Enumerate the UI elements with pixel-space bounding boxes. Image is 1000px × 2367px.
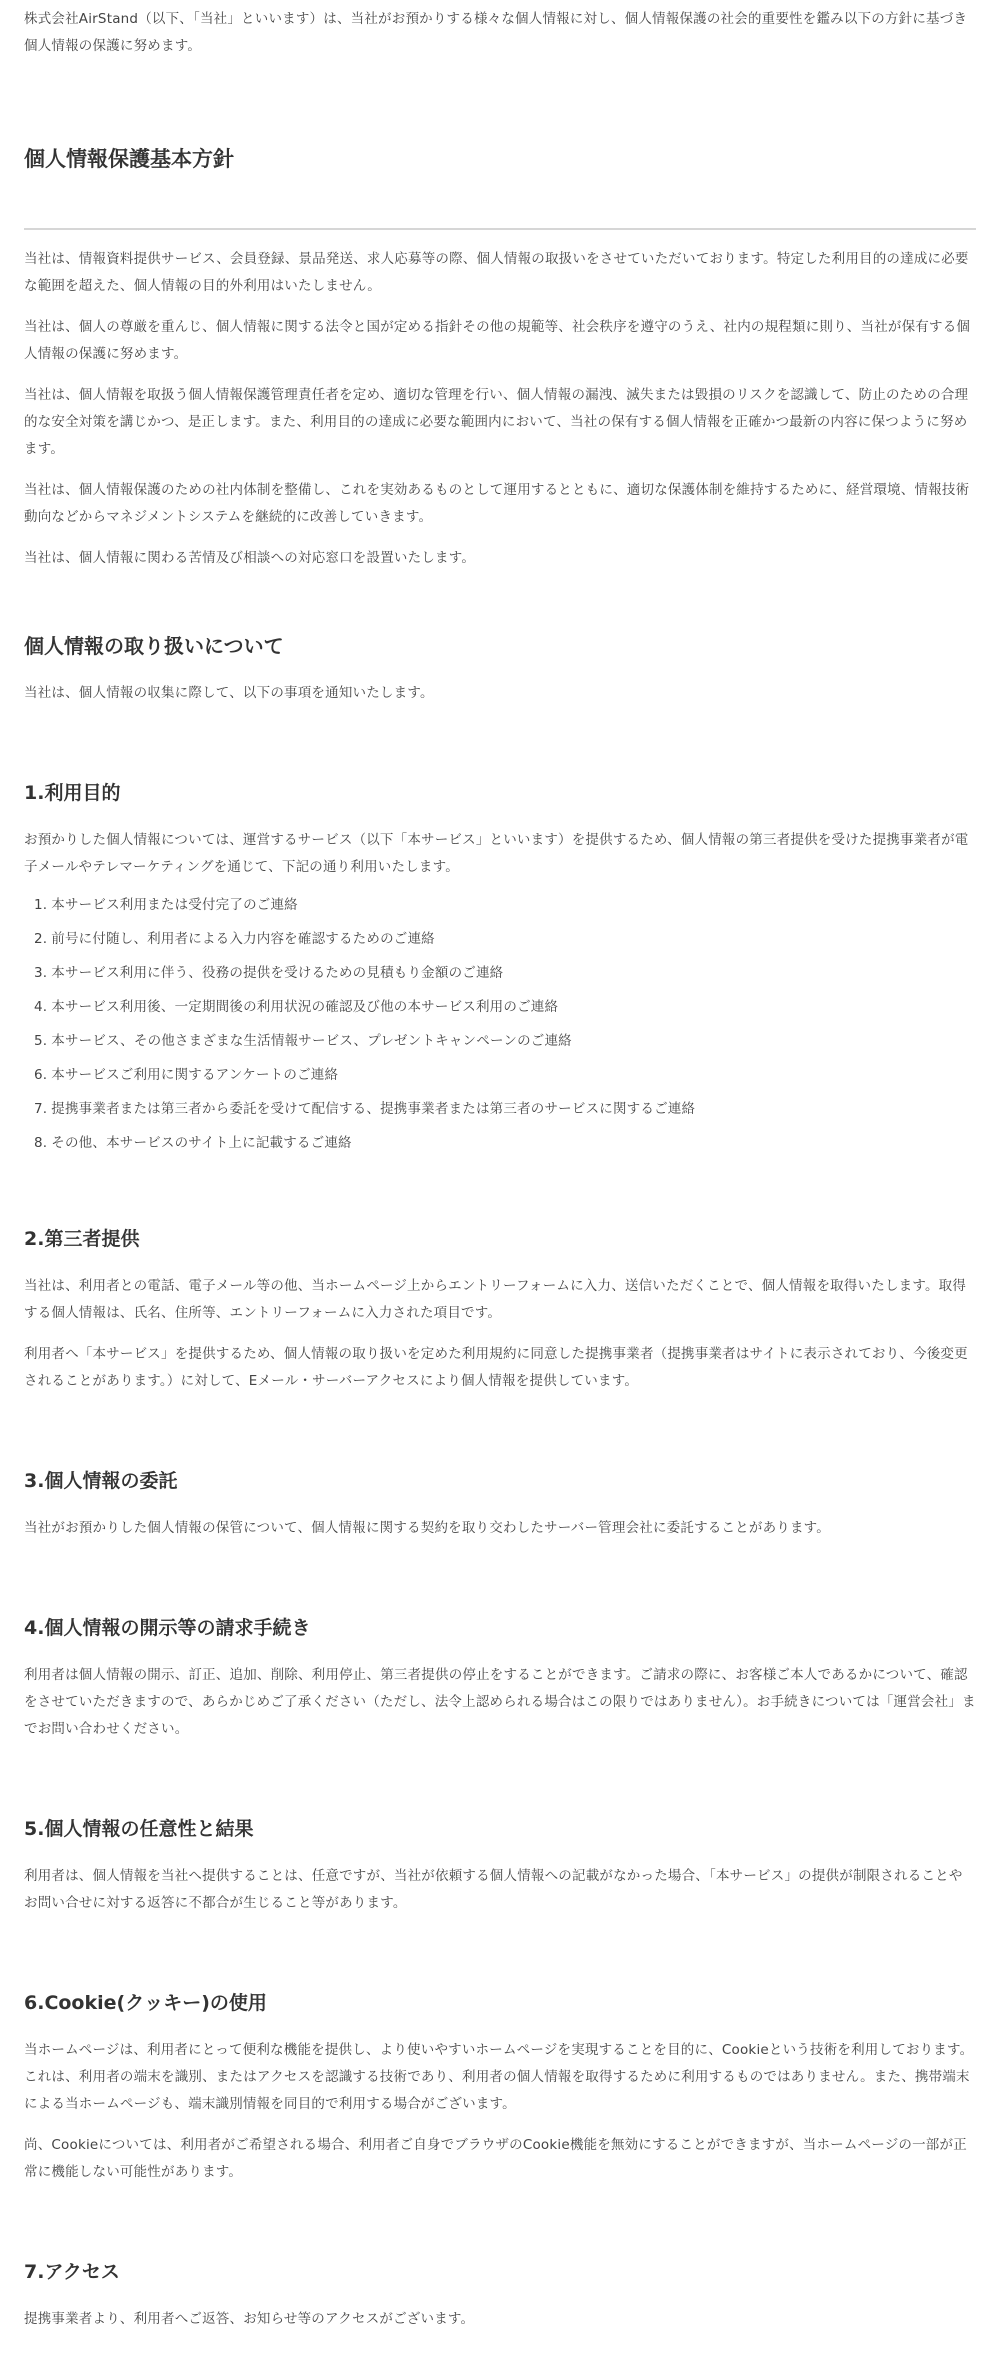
section-title: 6.Cookie(クッキー)の使用 [24, 1989, 976, 2017]
section-cookie: 6.Cookie(クッキー)の使用 当ホームページは、利用者にとって便利な機能を… [24, 1989, 976, 2186]
list-item: 5.本サービス、その他さまざまな生活情報サービス、プレゼントキャンペーンのご連絡 [34, 1031, 976, 1051]
section-title: 2.第三者提供 [24, 1225, 976, 1253]
handling-lead: 当社は、個人情報の収集に際して、以下の事項を通知いたします。 [24, 680, 976, 707]
privacy-policy-page: 株式会社AirStand（以下、「当社」といいます）は、当社がお預かりする様々な… [0, 0, 1000, 2367]
section-paragraph: 当ホームページは、利用者にとって便利な機能を提供し、より使いやすいホームページを… [24, 2037, 976, 2118]
section-title: 3.個人情報の委託 [24, 1467, 976, 1495]
intro-paragraph: 株式会社AirStand（以下、「当社」といいます）は、当社がお預かりする様々な… [24, 6, 976, 60]
policy-paragraph: 当社は、個人情報を取扱う個人情報保護管理責任者を定め、適切な管理を行い、個人情報… [24, 382, 976, 463]
section-voluntary: 5.個人情報の任意性と結果 利用者は、個人情報を当社へ提供することは、任意ですが… [24, 1815, 976, 1917]
divider [24, 228, 976, 230]
section-title: 5.個人情報の任意性と結果 [24, 1815, 976, 1843]
section-paragraph: 当社は、利用者との電話、電子メール等の他、当ホームページ上からエントリーフォーム… [24, 1273, 976, 1327]
policy-paragraph: 当社は、個人情報保護のための社内体制を整備し、これを実効あるものとして運用すると… [24, 477, 976, 531]
section-third-party: 2.第三者提供 当社は、利用者との電話、電子メール等の他、当ホームページ上からエ… [24, 1225, 976, 1395]
section-access: 7.アクセス 提携事業者より、利用者へご返答、お知らせ等のアクセスがございます。 [24, 2258, 976, 2333]
section-outsourcing: 3.個人情報の委託 当社がお預かりした個人情報の保管について、個人情報に関する契… [24, 1467, 976, 1542]
list-item: 1.本サービス利用または受付完了のご連絡 [34, 895, 976, 915]
policy-title: 個人情報保護基本方針 [24, 144, 976, 174]
list-item: 4.本サービス利用後、一定期間後の利用状況の確認及び他の本サービス利用のご連絡 [34, 997, 976, 1017]
policy-section: 当社は、情報資料提供サービス、会員登録、景品発送、求人応募等の際、個人情報の取扱… [24, 246, 976, 572]
section-disclosure: 4.個人情報の開示等の請求手続き 利用者は個人情報の開示、訂正、追加、削除、利用… [24, 1614, 976, 1743]
section-title: 1.利用目的 [24, 779, 976, 807]
section-paragraph: 利用者へ「本サービス」を提供するため、個人情報の取り扱いを定めた利用規約に同意し… [24, 1341, 976, 1395]
list-item: 3.本サービス利用に伴う、役務の提供を受けるための見積もり金額のご連絡 [34, 963, 976, 983]
section-paragraph: お預かりした個人情報については、運営するサービス（以下「本サービス」といいます）… [24, 827, 976, 881]
section-purpose: 1.利用目的 お預かりした個人情報については、運営するサービス（以下「本サービス… [24, 779, 976, 1153]
section-paragraph: 利用者は個人情報の開示、訂正、追加、削除、利用停止、第三者提供の停止をすることが… [24, 1662, 976, 1743]
handling-title: 個人情報の取り扱いについて [24, 632, 976, 660]
section-paragraph: 当社がお預かりした個人情報の保管について、個人情報に関する契約を取り交わしたサー… [24, 1515, 976, 1542]
list-item: 6.本サービスご利用に関するアンケートのご連絡 [34, 1065, 976, 1085]
list-item: 8.その他、本サービスのサイト上に記載するご連絡 [34, 1133, 976, 1153]
section-paragraph: 提携事業者より、利用者へご返答、お知らせ等のアクセスがございます。 [24, 2306, 976, 2333]
section-title: 4.個人情報の開示等の請求手続き [24, 1614, 976, 1642]
section-title: 7.アクセス [24, 2258, 976, 2286]
list-item: 7.提携事業者または第三者から委託を受けて配信する、提携事業者または第三者のサー… [34, 1099, 976, 1119]
list-item: 2.前号に付随し、利用者による入力内容を確認するためのご連絡 [34, 929, 976, 949]
section-paragraph: 尚、Cookieについては、利用者がご希望される場合、利用者ご自身でブラウザのC… [24, 2132, 976, 2186]
purpose-list: 1.本サービス利用または受付完了のご連絡 2.前号に付随し、利用者による入力内容… [24, 895, 976, 1153]
section-paragraph: 利用者は、個人情報を当社へ提供することは、任意ですが、当社が依頼する個人情報への… [24, 1863, 976, 1917]
policy-paragraph: 当社は、個人の尊厳を重んじ、個人情報に関する法令と国が定める指針その他の規範等、… [24, 314, 976, 368]
policy-paragraph: 当社は、個人情報に関わる苦情及び相談への対応窓口を設置いたします。 [24, 545, 976, 572]
policy-paragraph: 当社は、情報資料提供サービス、会員登録、景品発送、求人応募等の際、個人情報の取扱… [24, 246, 976, 300]
